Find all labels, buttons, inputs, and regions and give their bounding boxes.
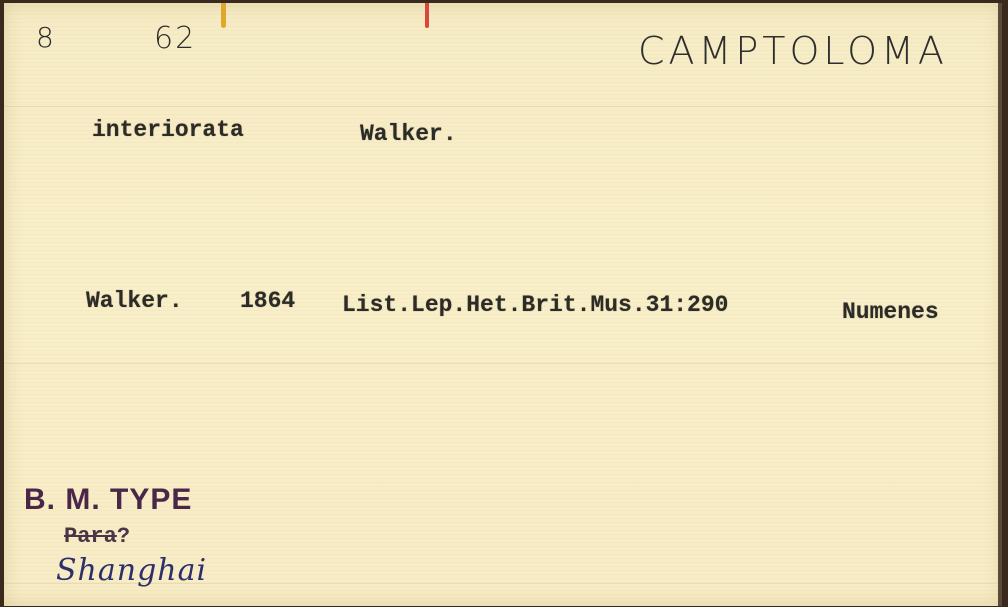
card-rule-line (4, 106, 1002, 107)
struck-question: ? (117, 524, 130, 549)
card-rule-line (4, 363, 1002, 364)
card-number-left: 8 (36, 21, 56, 54)
red-tab-mark (425, 3, 429, 28)
locality-handwritten: Shanghai (56, 553, 207, 588)
citation-author: Walker. (86, 288, 183, 314)
genus-name: CAMPTOLOMA (638, 29, 948, 73)
species-author: Walker. (360, 121, 457, 147)
species-name: interiorata (92, 117, 244, 143)
yellow-tab-mark (221, 3, 226, 28)
struck-annotation: Para? (64, 524, 130, 549)
type-stamp: B. M. TYPE (24, 483, 192, 517)
index-card: 8 62 CAMPTOLOMA interiorata Walker. Walk… (4, 3, 1002, 606)
original-genus: Numenes (842, 299, 939, 325)
struck-word: Para (64, 524, 117, 549)
citation-year: 1864 (240, 288, 295, 314)
card-number-right: 62 (154, 21, 196, 56)
card-edge (998, 3, 1002, 606)
citation-reference: List.Lep.Het.Brit.Mus.31:290 (342, 292, 728, 318)
